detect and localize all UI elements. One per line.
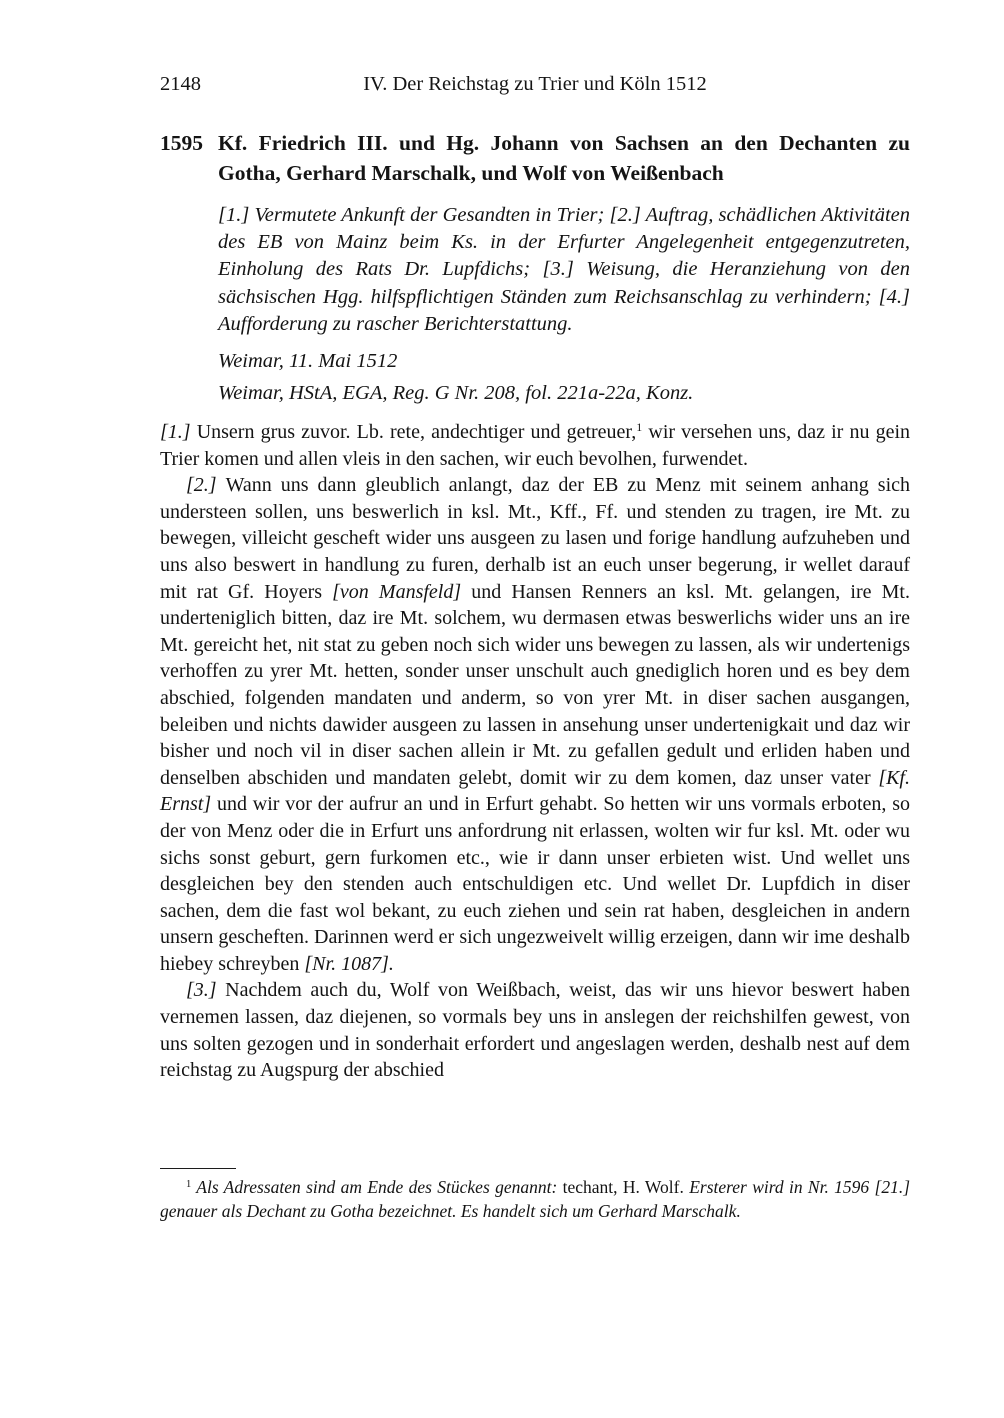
footnote-marker: 1: [636, 420, 642, 434]
text-segment: [Nr. 1087].: [304, 953, 393, 975]
entry-heading: 1595 Kf. Friedrich III. und Hg. Johann v…: [160, 128, 910, 188]
text-segment: techant, H. Wolf.: [557, 1177, 689, 1197]
text-segment: [1.]: [160, 421, 197, 443]
footnote-marker: 1: [186, 1179, 191, 1190]
entry-title: Kf. Friedrich III. und Hg. Johann von Sa…: [218, 128, 910, 188]
text-segment: Als Adressaten sind am Ende des Stückes …: [191, 1177, 557, 1197]
body-paragraph: [2.] Wann uns dann gleublich anlangt, da…: [160, 472, 910, 977]
page-header: 2148 IV. Der Reichstag zu Trier und Köln…: [160, 72, 910, 98]
footnote-area: 1 Als Adressaten sind am Ende des Stücke…: [160, 1168, 910, 1223]
text-segment: [von Mansfeld]: [332, 581, 461, 603]
entry-number: 1595: [160, 128, 218, 188]
book-page: 2148 IV. Der Reichstag zu Trier und Köln…: [0, 0, 1004, 1418]
letter-body: [1.] Unsern grus zuvor. Lb. rete, andech…: [160, 419, 910, 1084]
footnote-separator: [160, 1168, 236, 1169]
text-segment: Nachdem auch du, Wolf von Weißbach, weis…: [160, 979, 910, 1081]
entry-summary: [1.] Vermutete Ankunft der Gesandten in …: [218, 202, 910, 338]
regest-block: [1.] Vermutete Ankunft der Gesandten in …: [218, 202, 910, 406]
footnote-1: 1 Als Adressaten sind am Ende des Stücke…: [160, 1176, 910, 1223]
text-segment: und Hansen Renners an ksl. Mt. gelangen,…: [160, 581, 910, 789]
entry-archive-reference: Weimar, HStA, EGA, Reg. G Nr. 208, fol. …: [218, 381, 910, 406]
body-paragraph: [3.] Nachdem auch du, Wolf von Weißbach,…: [160, 977, 910, 1083]
entry-dateline: Weimar, 11. Mai 1512: [218, 349, 910, 374]
text-segment: [2.]: [186, 474, 226, 496]
body-paragraph: [1.] Unsern grus zuvor. Lb. rete, andech…: [160, 419, 910, 472]
text-segment: und wir vor der aufrur an und in Erfurt …: [160, 793, 910, 975]
text-segment: [3.]: [186, 979, 225, 1001]
text-segment: Unsern grus zuvor. Lb. rete, andechtiger…: [197, 421, 637, 443]
running-head: IV. Der Reichstag zu Trier und Köln 1512: [160, 72, 910, 96]
page-number: 2148: [160, 72, 201, 96]
